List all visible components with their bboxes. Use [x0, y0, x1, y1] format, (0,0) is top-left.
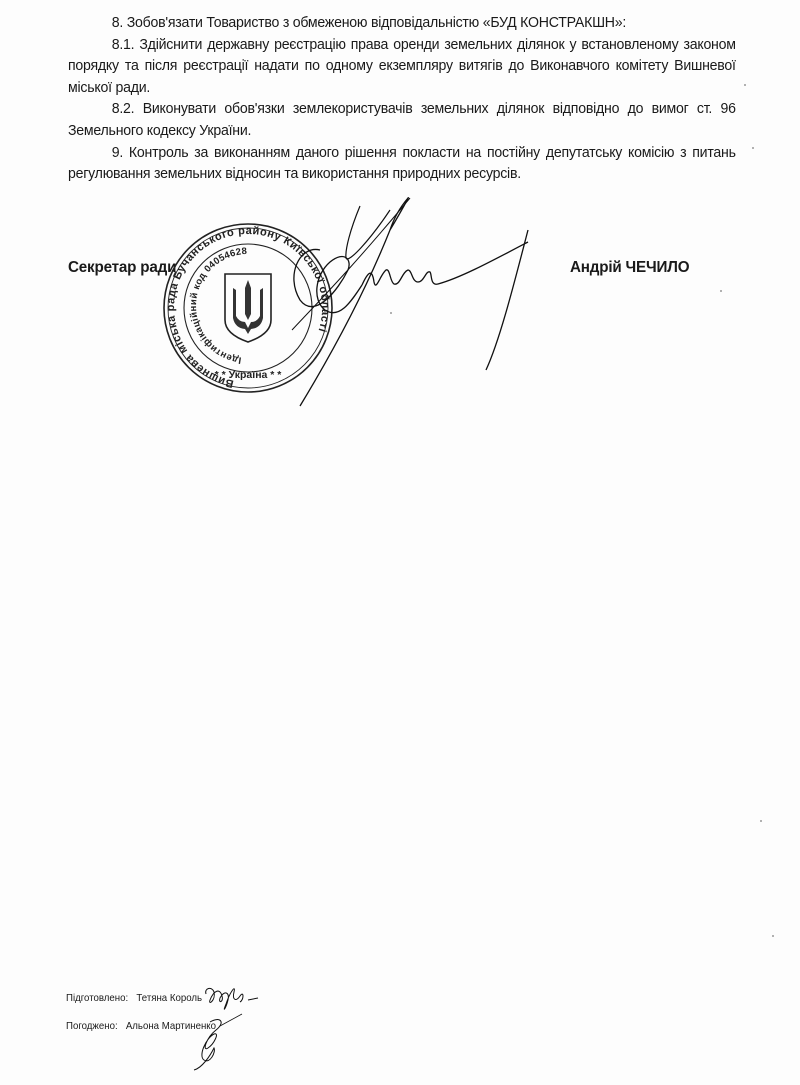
decision-body: 8. Зобов'язати Товариство з обмеженою ві… [68, 12, 736, 185]
scan-speck [760, 820, 762, 822]
agreed-label: Погоджено: [66, 1020, 118, 1032]
trident-emblem-icon [225, 274, 271, 342]
stamp-inner-text: Ідентифікаційний код 04054628 [188, 246, 248, 366]
scan-speck [772, 935, 774, 937]
paragraph-8-1: 8.1. Здійснити державну реєстрацію права… [68, 34, 736, 99]
stamp-bottom-text: * * Україна * * [215, 369, 283, 381]
handwritten-signature [290, 190, 550, 410]
prepared-name: Тетяна Король [136, 992, 202, 1004]
paragraph-9: 9. Контроль за виконанням даного рішення… [68, 142, 736, 185]
scan-speck [720, 290, 722, 292]
prepared-by-line: Підготовлено: Тетяна Король [66, 992, 202, 1004]
agreed-signature [180, 1012, 245, 1072]
paragraph-8: 8. Зобов'язати Товариство з обмеженою ві… [68, 12, 736, 34]
svg-text:Ідентифікаційний код 04054628: Ідентифікаційний код 04054628 [188, 246, 248, 366]
paragraph-8-2: 8.2. Виконувати обов'язки землекористува… [68, 98, 736, 141]
signatory-name: Андрій ЧЕЧИЛО [570, 259, 689, 277]
prepared-label: Підготовлено: [66, 992, 128, 1004]
position-label: Секретар ради [68, 259, 176, 277]
scan-speck [744, 84, 746, 86]
scan-speck [390, 312, 392, 314]
scan-speck [752, 147, 754, 149]
document-page: 8. Зобов'язати Товариство з обмеженою ві… [0, 0, 800, 1085]
